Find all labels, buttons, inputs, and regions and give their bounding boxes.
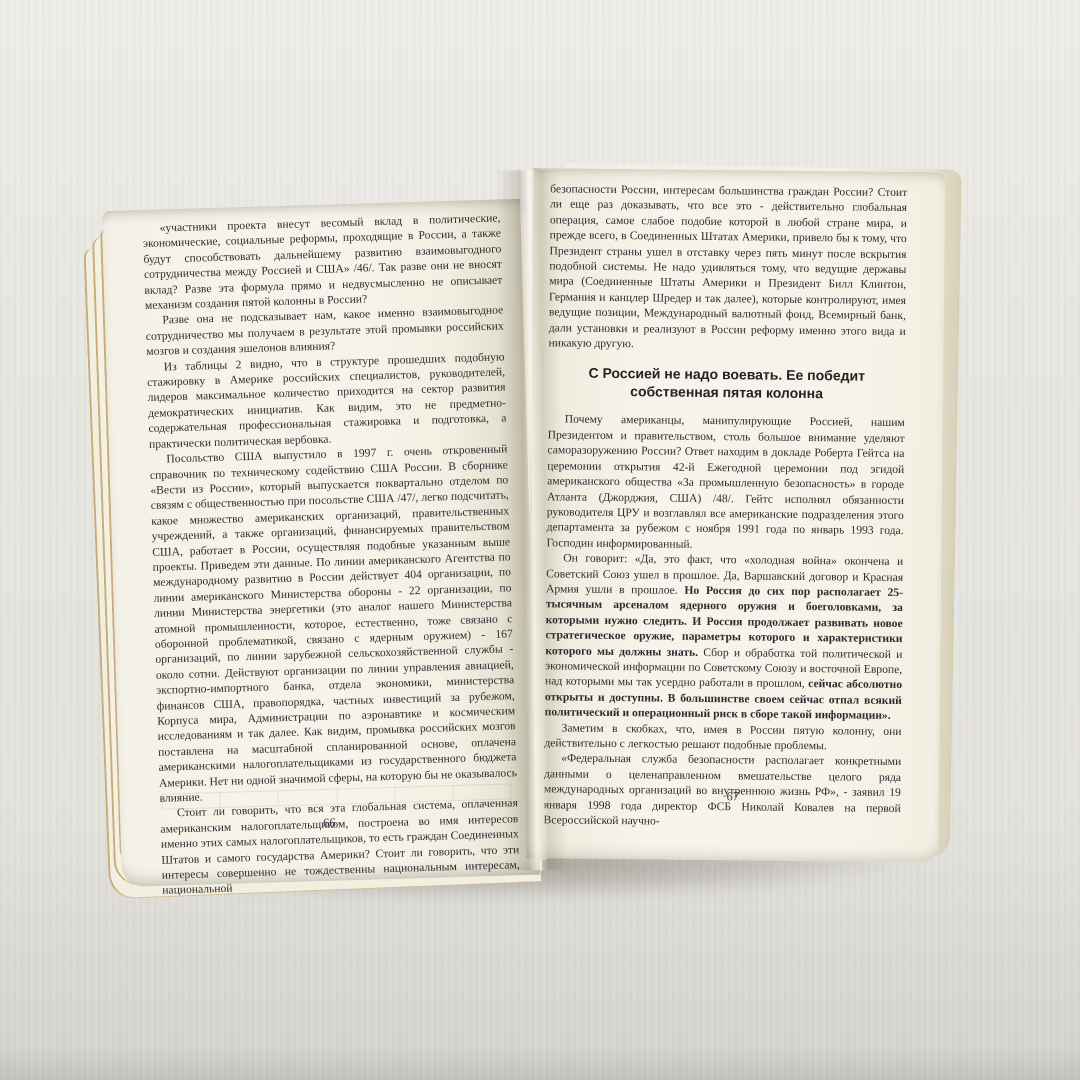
paragraph: Из таблицы 2 видно, что в структуре прош… — [147, 349, 508, 452]
paragraph: безопасности России, интересам большинст… — [549, 181, 908, 354]
photo-background: «участники проекта внесут весомый вклад … — [0, 0, 1080, 1080]
left-page: «участники проекта внесут весомый вклад … — [102, 199, 540, 887]
paragraph: Заметим в скобках, что, имея в России пя… — [544, 720, 901, 755]
paragraph: Посольство США выпустило в 1997 г. очень… — [149, 441, 517, 806]
paragraph: Почему американцы, манипулирующие Россие… — [546, 412, 904, 554]
left-page-text: «участники проекта внесут весомый вклад … — [142, 210, 520, 898]
paragraph: Он говорит: «Да, это факт, что «холодная… — [545, 550, 904, 723]
paragraph: «участники проекта внесут весомый вклад … — [142, 210, 503, 313]
right-page: безопасности России, интересам большинст… — [526, 168, 945, 862]
section-heading: С Россией не надо воевать. Ее победит со… — [554, 364, 899, 404]
open-book: «участники проекта внесут весомый вклад … — [0, 0, 1080, 1080]
right-page-text: безопасности России, интересам большинст… — [544, 181, 908, 831]
